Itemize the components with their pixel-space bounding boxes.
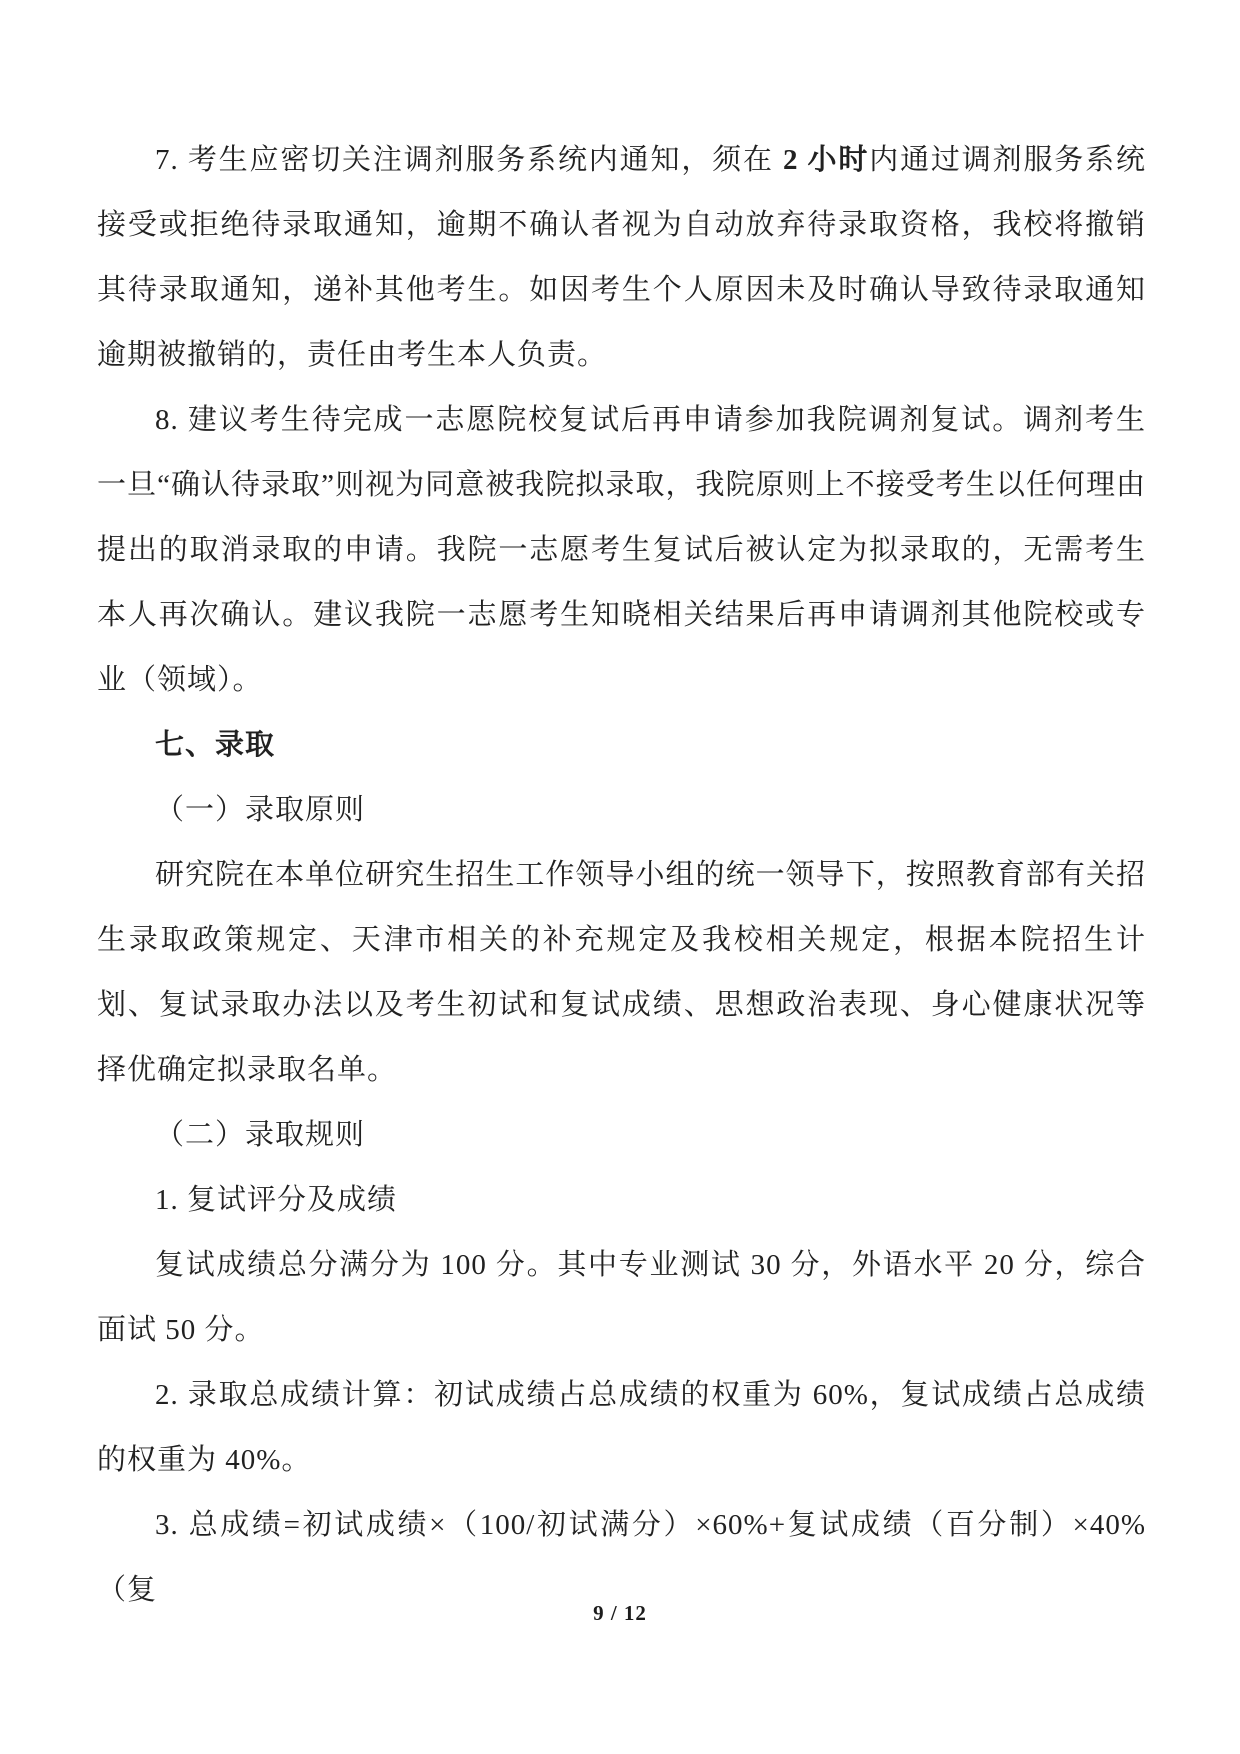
paragraph-8: 8. 建议考生待完成一志愿院校复试后再申请参加我院调剂复试。调剂考生一旦“确认待… bbox=[97, 388, 1146, 713]
section-heading-admission: 七、录取 bbox=[97, 713, 1146, 778]
admission-principles-paragraph: 研究院在本单位研究生招生工作领导小组的统一领导下，按照教育部有关招生录取政策规定… bbox=[97, 843, 1146, 1103]
rule-2-paragraph: 2. 录取总成绩计算：初试成绩占总成绩的权重为 60%，复试成绩占总成绩的权重为… bbox=[97, 1363, 1146, 1493]
paragraph-7: 7. 考生应密切关注调剂服务系统内通知，须在 2 小时内通过调剂服务系统接受或拒… bbox=[97, 128, 1146, 388]
paragraph-7-text: 7. 考生应密切关注调剂服务系统内通知，须在 bbox=[155, 144, 783, 176]
paragraph-7-text-continued: 内通过调剂服务系统接受或拒绝待录取通知，逾期不确认者视为自动放弃待录取资格，我校… bbox=[97, 144, 1146, 371]
paragraph-7-bold-duration: 2 小时 bbox=[783, 144, 869, 176]
page-number: 9 / 12 bbox=[0, 1601, 1240, 1626]
rule-1-body: 复试成绩总分满分为 100 分。其中专业测试 30 分，外语水平 20 分，综合… bbox=[97, 1233, 1146, 1363]
rule-1-title: 1. 复试评分及成绩 bbox=[97, 1168, 1146, 1233]
subsection-heading-admission-principles: （一）录取原则 bbox=[97, 778, 1146, 843]
document-page: 7. 考生应密切关注调剂服务系统内通知，须在 2 小时内通过调剂服务系统接受或拒… bbox=[0, 0, 1240, 1754]
subsection-heading-admission-rules: （二）录取规则 bbox=[97, 1103, 1146, 1168]
document-body: 7. 考生应密切关注调剂服务系统内通知，须在 2 小时内通过调剂服务系统接受或拒… bbox=[97, 128, 1146, 1623]
